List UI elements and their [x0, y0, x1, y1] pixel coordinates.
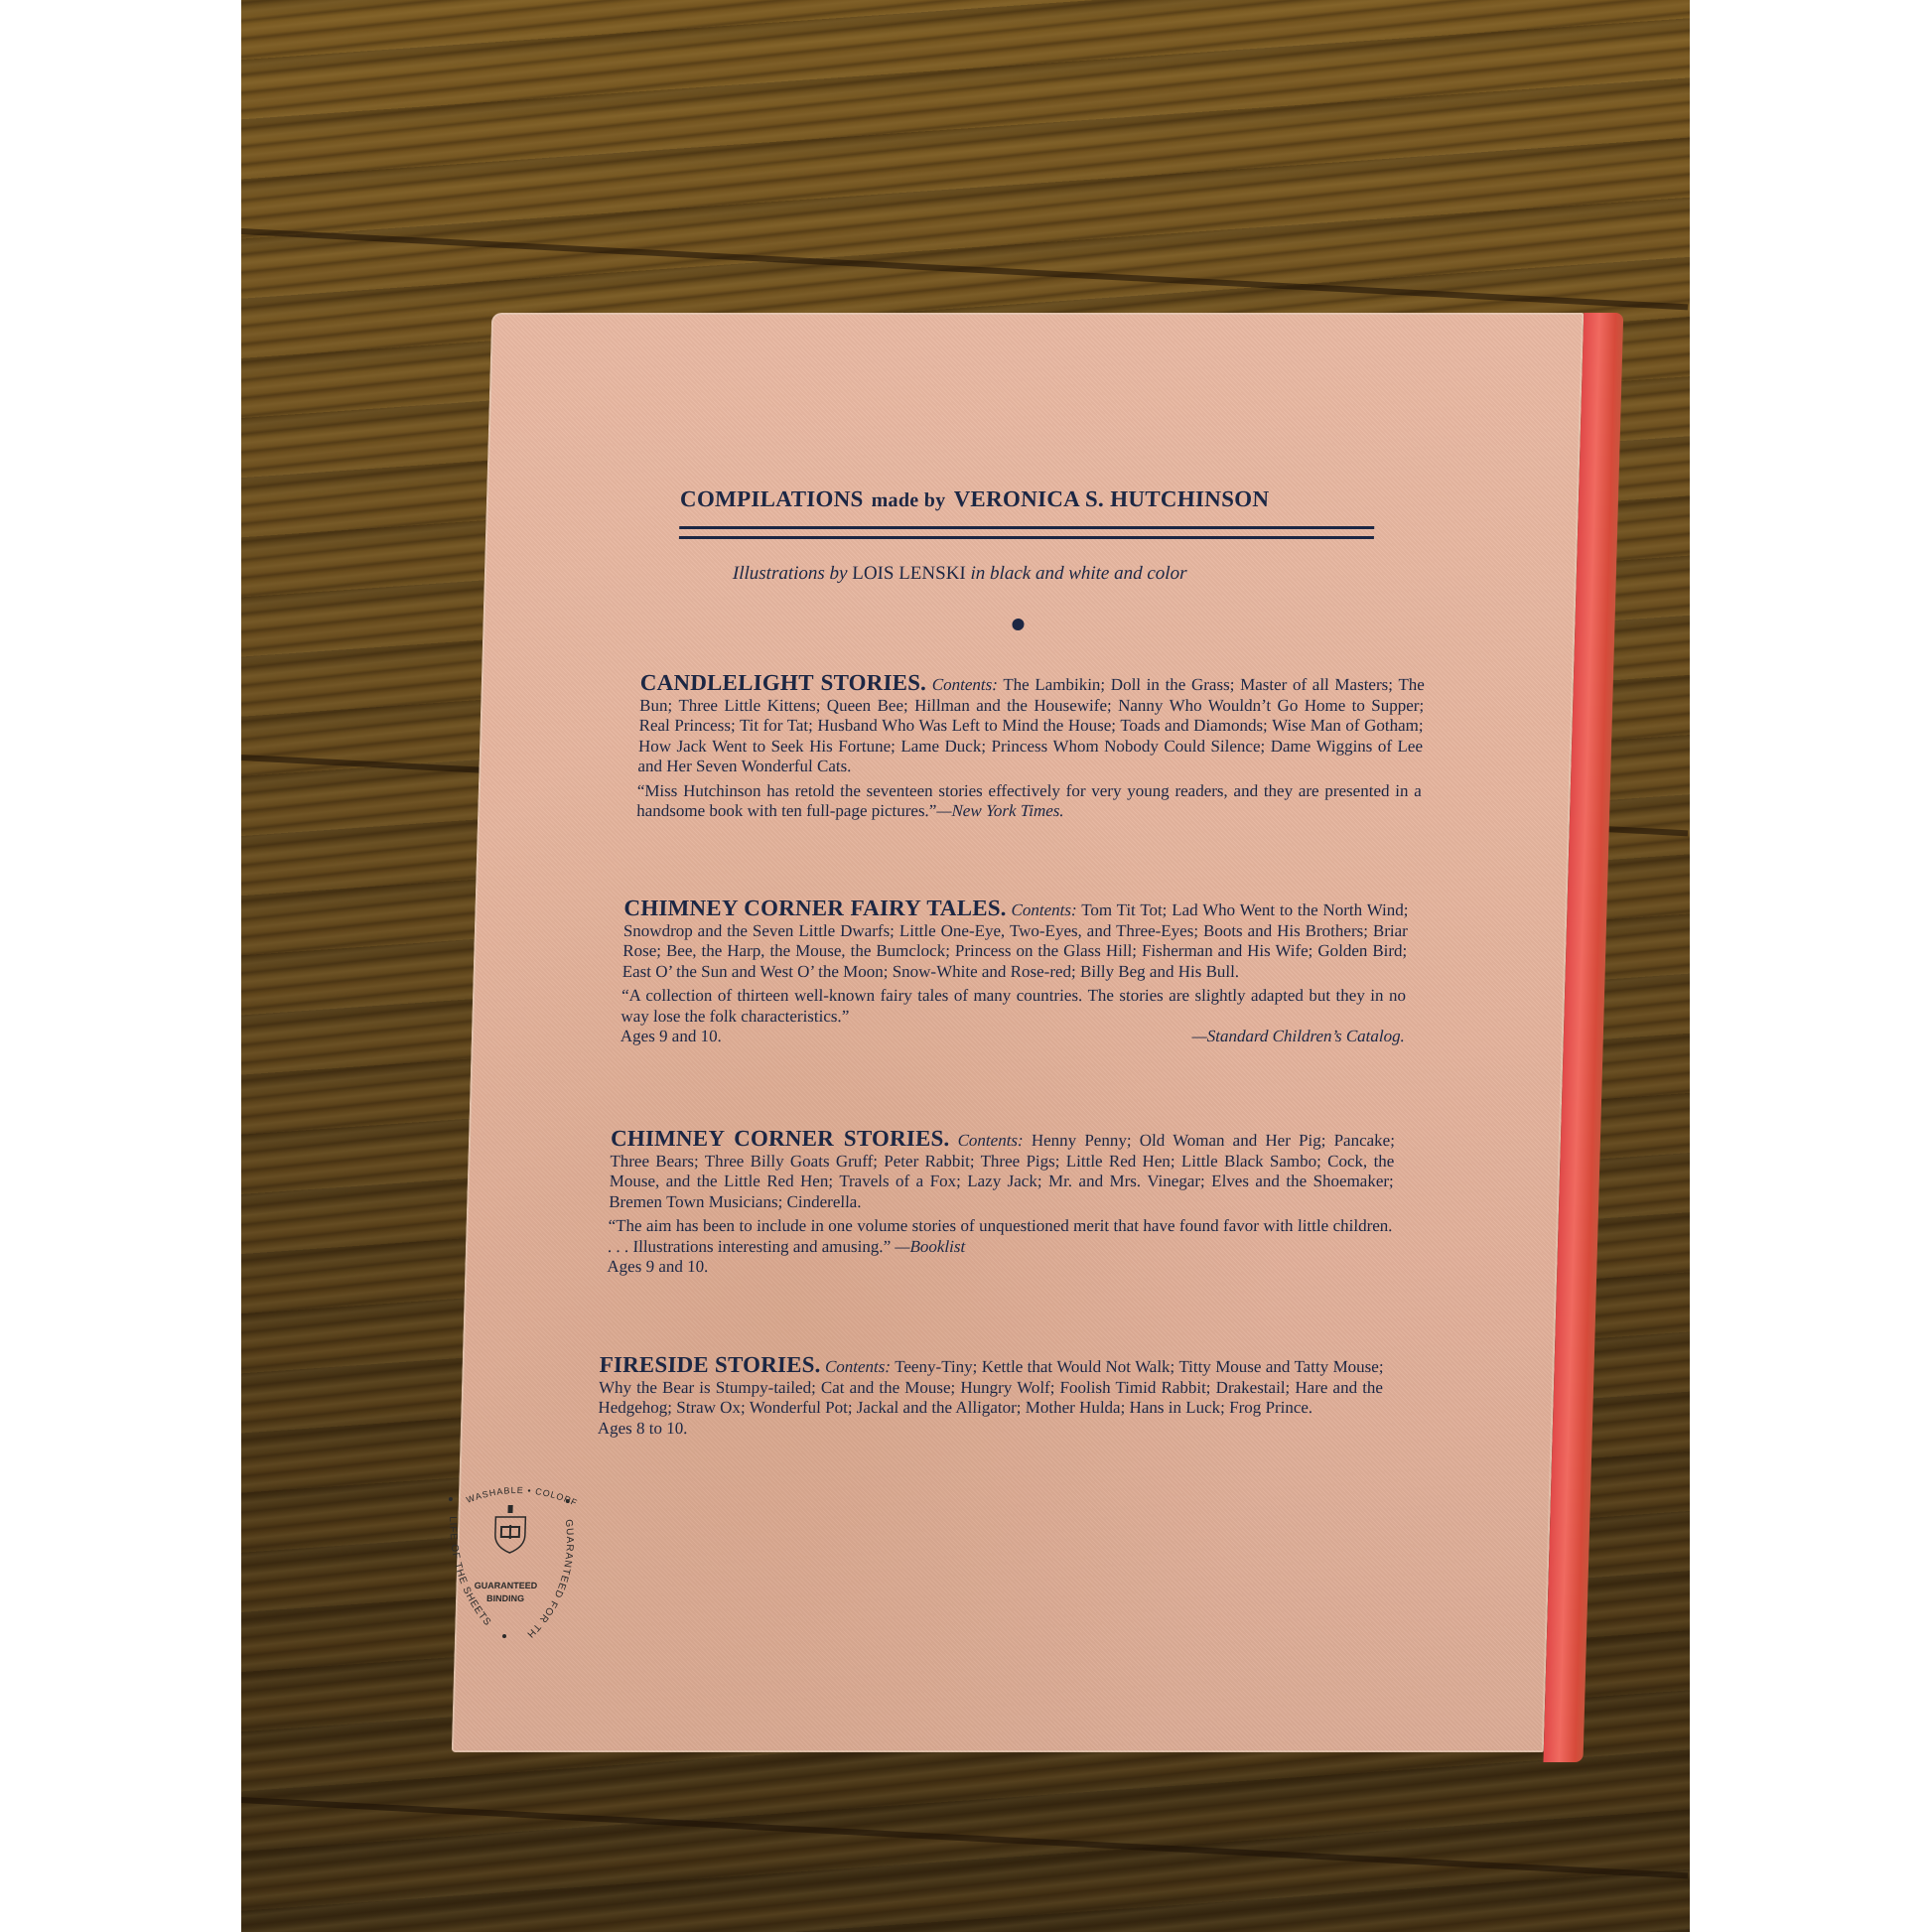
seal-emblem-icon: WASHABLE • COLORFAST LIFE OF THE SHEETS … [425, 1469, 609, 1648]
quote-text: “A collection of thirteen well-known fai… [621, 986, 1406, 1026]
cover-text: COMPILATIONSmade byVERONICA S. HUTCHINSO… [452, 313, 1585, 1752]
book-entry: CHIMNEY CORNER FAIRY TALES. Contents: To… [621, 898, 1409, 1047]
credit-suffix: in black and white and color [970, 563, 1187, 584]
quote-source: —Booklist [895, 1237, 965, 1256]
svg-text:LIFE OF THE SHEETS: LIFE OF THE SHEETS [444, 1516, 496, 1628]
svg-text:WASHABLE • COLORFAST: WASHABLE • COLORFAST [425, 1469, 580, 1508]
book: COMPILATIONSmade byVERONICA S. HUTCHINSO… [452, 313, 1594, 1752]
book-title: CHIMNEY CORNER STORIES. [611, 1126, 950, 1151]
guaranteed-binding-seal: WASHABLE • COLORFAST LIFE OF THE SHEETS … [425, 1469, 609, 1648]
quote-text: “The aim has been to include in one volu… [608, 1216, 1393, 1256]
header-rule-top [679, 526, 1374, 529]
contents-label: Contents: [1011, 900, 1077, 919]
quote-source: —Standard Children’s Catalog. [1191, 1027, 1405, 1047]
header-left: COMPILATIONS [680, 486, 864, 511]
header-middle: made by [871, 489, 946, 511]
book-title: FIRESIDE STORIES. [599, 1352, 821, 1377]
ages: Ages 9 and 10. [607, 1257, 1392, 1278]
svg-text:BINDING: BINDING [486, 1593, 524, 1603]
book-entry: FIRESIDE STORIES. Contents: Teeny-Tiny; … [598, 1355, 1384, 1439]
wood-plank-seam [241, 1797, 1688, 1878]
contents-label: Contents: [825, 1357, 892, 1376]
svg-text:GUARANTEED: GUARANTEED [475, 1581, 538, 1590]
ages: Ages 8 to 10. [598, 1419, 1383, 1440]
book-entry: CHIMNEY CORNER STORIES. Contents: Henny … [607, 1129, 1395, 1278]
review-quote: “The aim has been to include in one volu… [608, 1216, 1393, 1257]
contents-label: Contents: [932, 675, 999, 694]
credit-illustrator: LOIS LENSKI [852, 563, 966, 584]
book-entry: CANDLELIGHT STORIES. Contents: The Lambi… [636, 673, 1425, 822]
quote-source: —New York Times. [936, 801, 1064, 820]
ages: Ages 9 and 10. [621, 1027, 723, 1047]
contents-label: Contents: [957, 1131, 1024, 1150]
cover-header: COMPILATIONSmade byVERONICA S. HUTCHINSO… [680, 486, 1376, 512]
wood-plank-seam [241, 228, 1688, 310]
book-title: CHIMNEY CORNER FAIRY TALES. [623, 896, 1007, 920]
review-quote: “A collection of thirteen well-known fai… [621, 986, 1406, 1027]
ages-source-row: Ages 9 and 10. —Standard Children’s Cata… [621, 1027, 1406, 1047]
header-rule-bottom [679, 536, 1374, 539]
bullet-dot [1012, 619, 1024, 630]
book-title: CANDLELIGHT STORIES. [639, 670, 926, 695]
header-author: VERONICA S. HUTCHINSON [953, 486, 1269, 511]
credit-prefix: Illustrations by [733, 563, 848, 584]
illustrations-credit: Illustrations by LOIS LENSKI in black an… [733, 563, 1349, 585]
review-quote: “Miss Hutchinson has retold the seventee… [636, 781, 1422, 822]
